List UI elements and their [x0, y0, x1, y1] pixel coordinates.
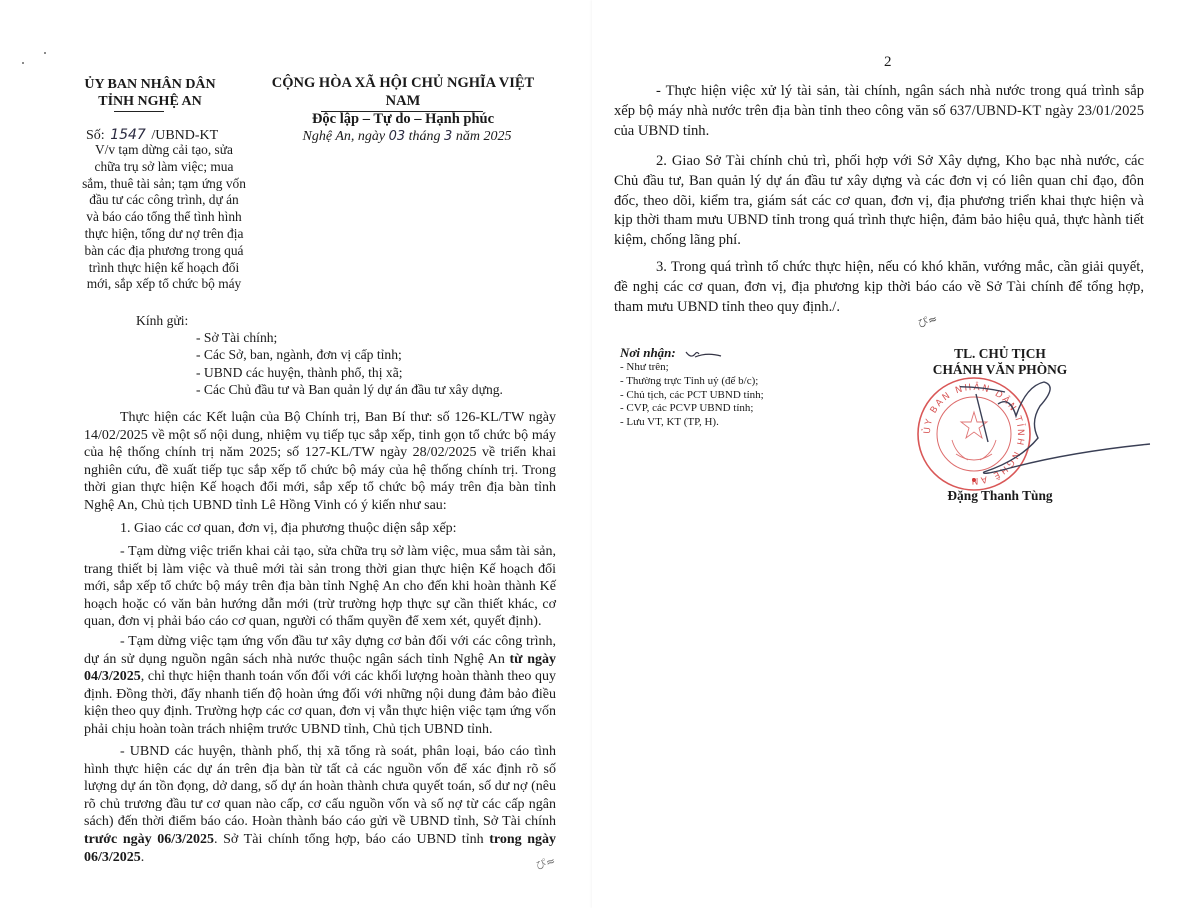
- recipient-item: - UBND các huyện, thành phố, thị xã;: [196, 364, 503, 381]
- org-name-line2: TỈNH NGHỆ AN: [80, 93, 220, 110]
- item1-b: - Tạm dừng việc tạm ứng vốn đầu tư xây d…: [84, 633, 556, 739]
- item1-c: - UBND các huyện, thành phố, thị xã tổng…: [84, 743, 556, 866]
- distribution-item: - Thường trực Tỉnh uỷ (để b/c);: [620, 375, 764, 389]
- subject-line: chữa trụ sở làm việc; mua: [64, 159, 264, 176]
- date-month: 3: [444, 129, 452, 144]
- signer-title: TL. CHỦ TỊCH CHÁNH VĂN PHÒNG: [910, 346, 1090, 379]
- item1-c-text: - UBND các huyện, thành phố, thị xã tổng…: [84, 743, 556, 866]
- issuing-authority: ỦY BAN NHÂN DÂN TỈNH NGHỆ AN: [80, 76, 220, 110]
- item1-a-text: - Tạm dừng việc triển khai cải tạo, sửa …: [84, 543, 556, 631]
- motto-underline: [321, 111, 483, 112]
- subject-line: trình thực hiện kế hoạch đổi: [64, 260, 264, 277]
- recipient-item: - Sở Tài chính;: [196, 329, 503, 346]
- org-underline: [114, 111, 164, 112]
- org-name-line1: ỦY BAN NHÂN DÂN: [80, 76, 220, 93]
- so-number-handwritten: 1547: [110, 127, 146, 143]
- subject-line: thực hiện, tổng dư nợ trên địa: [64, 226, 264, 243]
- item3: 3. Trong quá trình tổ chức thực hiện, nế…: [614, 258, 1144, 324]
- item1-d-text: - Thực hiện việc xử lý tài sản, tài chín…: [614, 82, 1144, 141]
- page-number: 2: [884, 54, 892, 71]
- subject-line: bàn các địa phương trong quá: [64, 243, 264, 260]
- handwritten-signature-icon: [960, 376, 1160, 476]
- place-date: Nghệ An, ngày 03 tháng 3 năm 2025: [262, 129, 552, 145]
- item1-heading-text: 1. Giao các cơ quan, đơn vị, địa phương …: [84, 520, 556, 538]
- so-label: Số:: [86, 128, 105, 143]
- nation-title: CỘNG HÒA XÃ HỘI CHỦ NGHĨA VIỆT NAM: [258, 74, 548, 110]
- recipient-item: - Các Chủ đầu tư và Ban quản lý dự án đầ…: [196, 381, 503, 398]
- distribution-item: - Lưu VT, KT (TP, H).: [620, 416, 764, 430]
- distribution-item: - Như trên;: [620, 361, 764, 375]
- distribution-list: Nơi nhận: - Như trên;- Thường trực Tỉnh …: [620, 346, 764, 430]
- kinh-gui-label: Kính gửi:: [136, 313, 188, 329]
- intro-paragraph: Thực hiện các Kết luận của Bộ Chính trị,…: [84, 409, 556, 515]
- subject-line: V/v tạm dừng cải tạo, sửa: [64, 142, 264, 159]
- subject-line: sắm, thuê tài sản; tạm ứng vốn: [64, 176, 264, 193]
- noi-nhan-list: - Như trên;- Thường trực Tỉnh uỷ (để b/c…: [620, 361, 764, 430]
- scan-speck: [44, 52, 46, 54]
- subject-line: và báo cáo tổng thể tình hình: [64, 209, 264, 226]
- scan-speck: [22, 62, 24, 64]
- date-day: 03: [389, 129, 406, 144]
- intro-text: Thực hiện các Kết luận của Bộ Chính trị,…: [84, 409, 556, 515]
- item1-heading: 1. Giao các cơ quan, đơn vị, địa phương …: [84, 520, 556, 538]
- subject-summary: V/v tạm dừng cải tạo, sửachữa trụ sở làm…: [64, 142, 264, 293]
- distribution-item: - Chủ tịch, các PCT UBND tỉnh;: [620, 389, 764, 403]
- item1-b-text: - Tạm dừng việc tạm ứng vốn đầu tư xây d…: [84, 633, 556, 739]
- noi-nhan-title: Nơi nhận:: [620, 346, 764, 360]
- checkmark-icon: [683, 348, 723, 360]
- signer-name: Đặng Thanh Tùng: [910, 488, 1090, 504]
- recipient-list: - Sở Tài chính;- Các Sở, ban, ngành, đơn…: [196, 329, 503, 399]
- recipient-item: - Các Sở, ban, ngành, đơn vị cấp tỉnh;: [196, 346, 503, 363]
- month-label: tháng: [409, 129, 441, 144]
- signer-title-line1: TL. CHỦ TỊCH: [910, 346, 1090, 362]
- subject-line: đầu tư các công trình, dự án: [64, 192, 264, 209]
- so-suffix: /UBND-KT: [151, 128, 218, 143]
- nation-motto: Độc lập – Tự do – Hạnh phúc: [258, 110, 548, 128]
- item1-a: - Tạm dừng việc triển khai cải tạo, sửa …: [84, 543, 556, 631]
- subject-line: mới, sắp xếp tổ chức bộ máy: [64, 276, 264, 293]
- document-page-1: ỦY BAN NHÂN DÂN TỈNH NGHỆ AN CỘNG HÒA XÃ…: [0, 0, 590, 908]
- item1-d: - Thực hiện việc xử lý tài sản, tài chín…: [614, 82, 1144, 148]
- item2: 2. Giao Sở Tài chính chủ trì, phối hợp v…: [614, 152, 1144, 258]
- national-header: CỘNG HÒA XÃ HỘI CHỦ NGHĨA VIỆT NAM Độc l…: [258, 74, 548, 128]
- item3-text: 3. Trong quá trình tổ chức thực hiện, nế…: [614, 258, 1144, 317]
- signer-title-line2: CHÁNH VĂN PHÒNG: [910, 362, 1090, 378]
- item2-text: 2. Giao Sở Tài chính chủ trì, phối hợp v…: [614, 152, 1144, 251]
- place-date-prefix: Nghệ An, ngày: [303, 129, 386, 144]
- year-label: năm 2025: [456, 129, 512, 144]
- distribution-item: - CVP, các PCVP UBND tỉnh;: [620, 402, 764, 416]
